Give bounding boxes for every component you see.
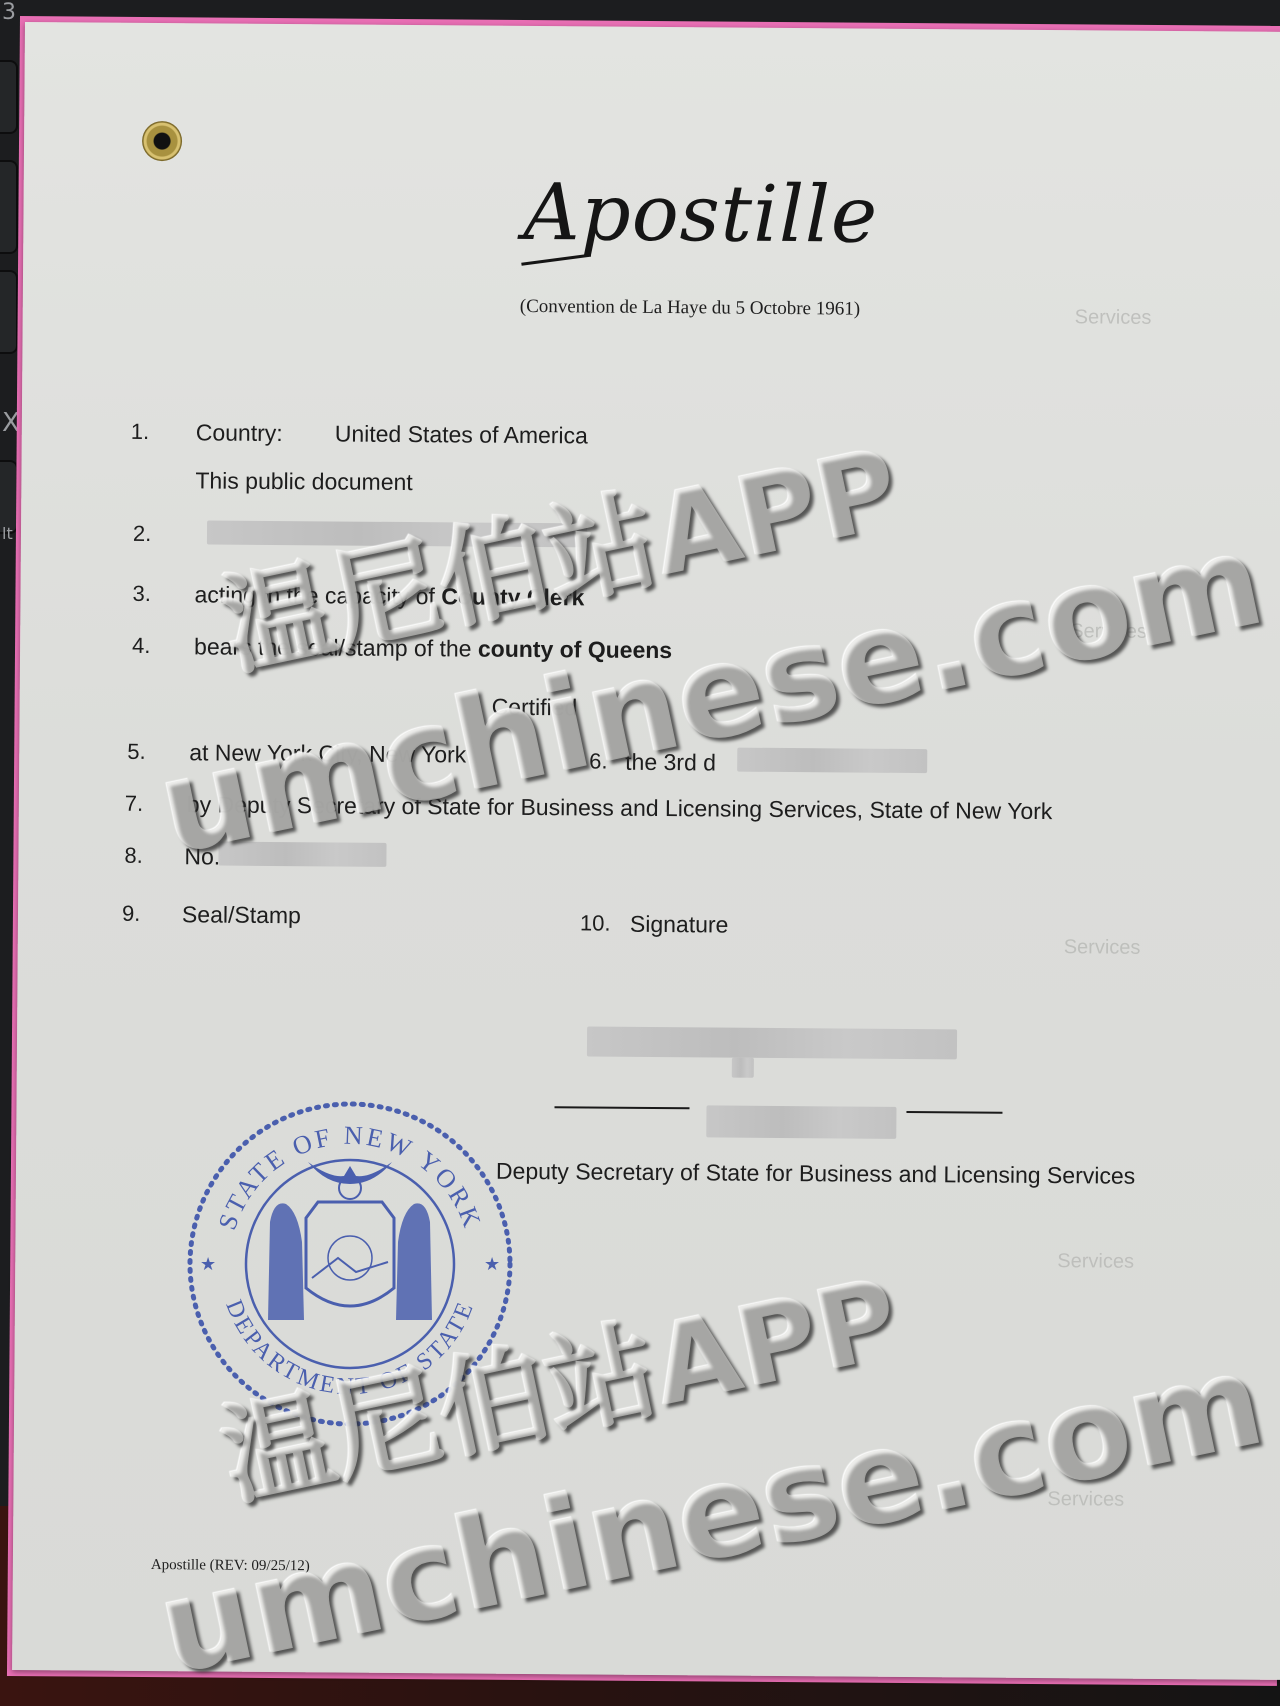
signature-line	[554, 1106, 689, 1109]
field-text: Signature	[630, 911, 729, 939]
keyboard-key	[0, 60, 18, 134]
field-number: 8.	[124, 843, 143, 869]
field-text: Seal/Stamp	[182, 901, 301, 929]
field-text: the 3rd d	[625, 749, 716, 777]
redacted-date	[737, 748, 927, 773]
field-number: 3.	[132, 581, 151, 607]
field-text: bears the seal/stamp of the county of Qu…	[194, 633, 672, 664]
keyboard-key	[0, 270, 18, 354]
seal-star-icon: ★	[200, 1254, 216, 1274]
document-title: Apostille	[523, 168, 878, 261]
field-text: acting in the capacity of County Clerk	[194, 581, 584, 611]
seal-shield	[306, 1202, 394, 1306]
field-text: by Deputy Secretary of State for Busines…	[187, 791, 1053, 825]
field-label: Country:	[196, 419, 283, 447]
certified-heading: Certified	[492, 694, 578, 722]
seal-liberty-figure	[268, 1203, 304, 1320]
bleed-through-text: Services	[1047, 1488, 1124, 1512]
redacted-signature-tail	[732, 1058, 754, 1078]
redacted-signature	[587, 1026, 957, 1059]
public-document-intro: This public document	[195, 467, 413, 496]
redacted-signatory-name	[706, 1105, 896, 1138]
seal-star-icon: ★	[484, 1254, 500, 1274]
bleed-through-text: Services	[1075, 306, 1152, 330]
field-text: No.	[184, 843, 220, 870]
new-york-state-seal: STATE OF NEW YORK DEPARTMENT OF STATE ★ …	[178, 1092, 522, 1436]
seal-sun	[328, 1236, 372, 1280]
seal-mountains	[312, 1258, 388, 1278]
keyboard-glyph: 3	[2, 0, 16, 25]
field-number: 9.	[122, 901, 141, 927]
document-subtitle: (Convention de La Haye du 5 Octobre 1961…	[520, 296, 860, 321]
keyboard-glyph: lt	[2, 524, 13, 543]
redacted-name	[207, 520, 587, 547]
field-text: at New York City, New York	[189, 739, 466, 768]
field-number: 5.	[127, 739, 146, 765]
bleed-through-text: Services	[1070, 620, 1147, 644]
field-number: 7.	[125, 791, 144, 817]
field-value: United States of America	[335, 420, 588, 449]
field-number: 10.	[580, 910, 611, 936]
field-number: 2.	[133, 521, 152, 547]
field-number: 1.	[131, 419, 150, 445]
footer-revision: Apostille (REV: 09/25/12)	[151, 1557, 310, 1575]
field-number: 6.	[589, 748, 608, 774]
signatory-title: Deputy Secretary of State for Business a…	[496, 1158, 1135, 1190]
seal-justice-figure	[396, 1203, 432, 1320]
field-number: 4.	[132, 633, 151, 659]
bleed-through-text: Services	[1057, 1250, 1134, 1274]
keyboard-key	[0, 160, 18, 254]
signature-line	[906, 1111, 1002, 1114]
bleed-through-text: Services	[1064, 936, 1141, 960]
grommet-icon	[142, 121, 182, 161]
redacted-number	[218, 842, 386, 867]
svg-text:DEPARTMENT OF STATE: DEPARTMENT OF STATE	[220, 1296, 479, 1400]
